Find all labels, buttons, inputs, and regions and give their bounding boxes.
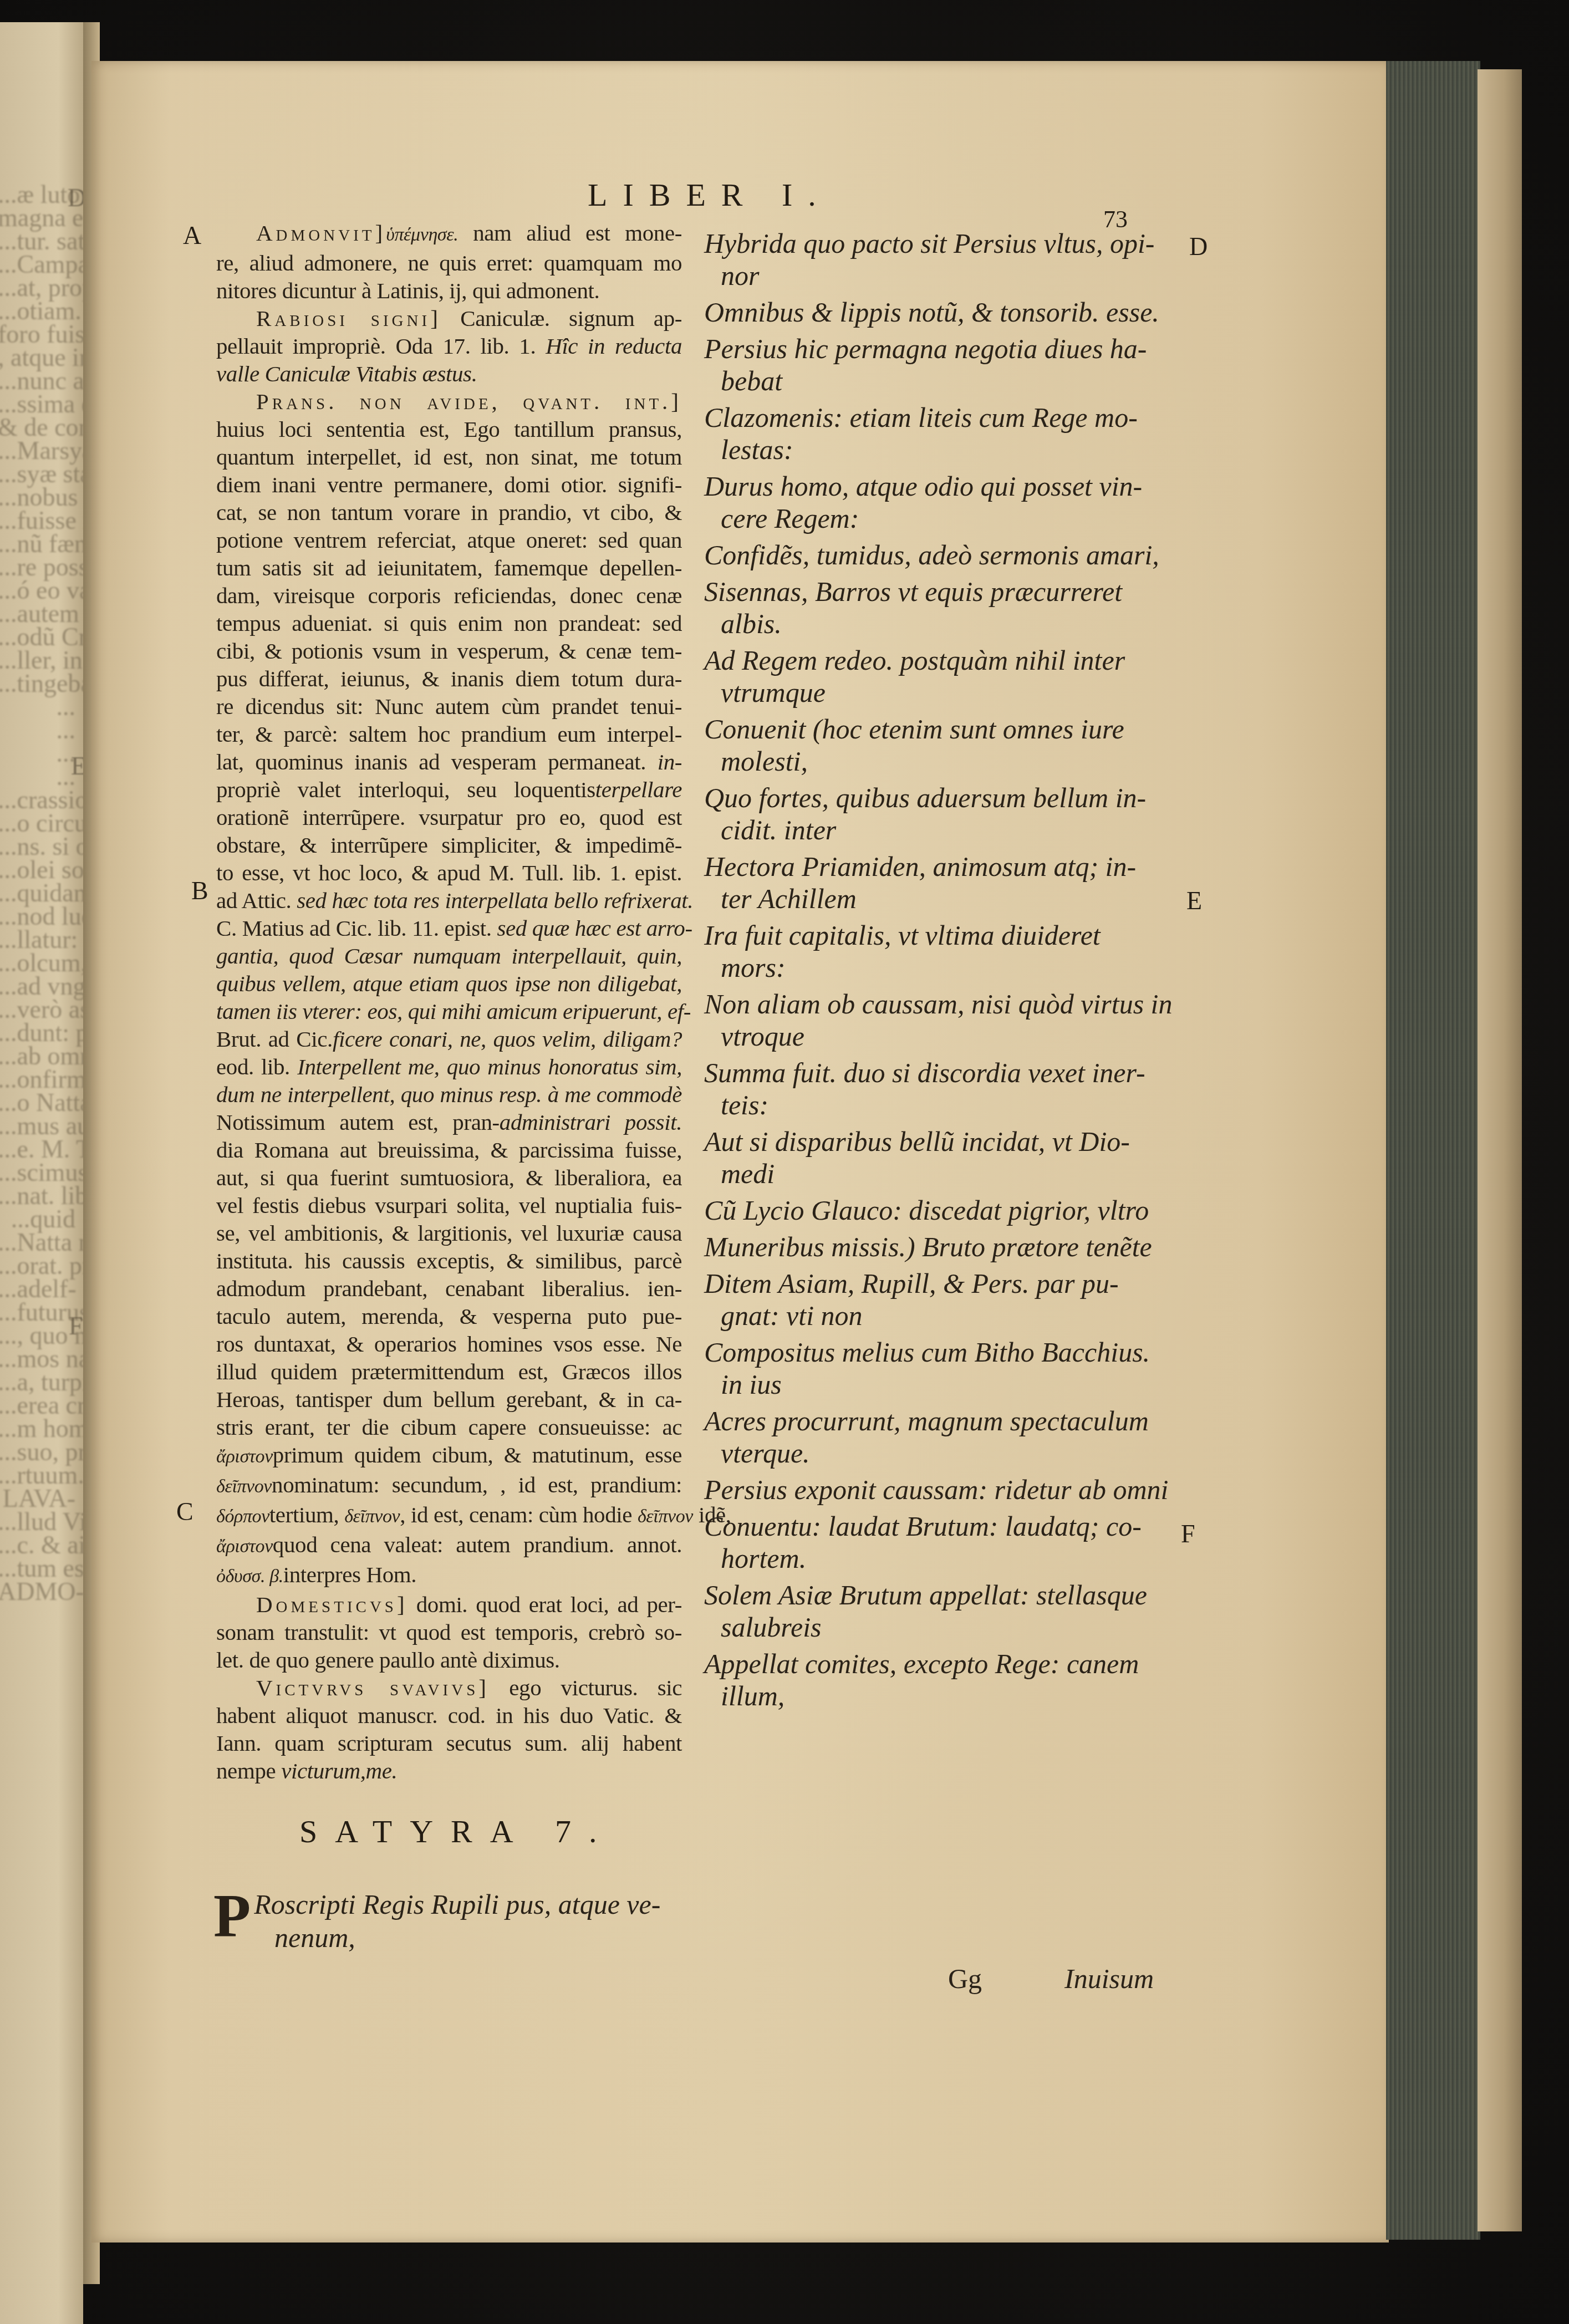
left-page-fragment-line: ...c. & ait à <box>0 1533 75 1557</box>
left-page-fragment-line: ...orat. pro <box>0 1254 75 1277</box>
verse-turnover: molesti, <box>704 745 1181 777</box>
left-page-fragment-line: ...a, turpis <box>0 1370 75 1394</box>
lemma: Domesticvs] <box>256 1592 408 1617</box>
commentary-line: dia Romana aut breuissima, & parcissima … <box>216 1136 682 1164</box>
commentary-text: cat, se non tantum vorare in prandio, vt… <box>216 500 682 525</box>
commentary-text: interpres Hom. <box>283 1562 416 1587</box>
left-page-fragment-line: ...ab omni- <box>0 1044 75 1068</box>
lemma: Victvrvs svavivs] <box>256 1675 490 1700</box>
commentary-line: diem inani ventre permanere, domi otior.… <box>216 471 682 498</box>
greek-word: ὀδυσσ. β. <box>216 1566 283 1587</box>
left-page-fragment-line: ...llatur: tan- <box>0 928 75 951</box>
verse-line: Hectora Priamiden, animosum atq; in-ter … <box>704 850 1181 915</box>
verse-turnover: bebat <box>704 365 1181 397</box>
left-page-fragment-line: ...dunt: pri- <box>0 1021 75 1044</box>
commentary-line: cat, se non tantum vorare in prandio, vt… <box>216 498 682 526</box>
left-page-fragment-line: , atque in- <box>0 346 75 369</box>
commentary-text: pus differat, ieiunus, & inanis diem tot… <box>216 666 682 691</box>
commentary-text: se, vel ambitionis, & largitionis, vel l… <box>216 1220 682 1246</box>
verse-text: Muneribus missis.) Bruto prætore tenẽte <box>704 1231 1181 1263</box>
left-page-fragment-line: ...æ luto & <box>0 183 75 206</box>
verse-text: Non aliam ob caussam, nisi quòd virtus i… <box>704 988 1181 1020</box>
left-page-fragment-line: ...o circumi- <box>0 812 75 835</box>
left-page-fragment-line: ...otiam. <box>0 299 75 323</box>
verse-line: Sisennas, Barros vt equis præcurreretalb… <box>704 575 1181 640</box>
commentary-line: illud quidem prætermittendum est, Græcos… <box>216 1358 682 1385</box>
commentary-text: dia Romana aut breuissima, & parcissima … <box>216 1137 682 1163</box>
commentary-text: quod cena valeat: <box>273 1532 456 1557</box>
left-page-fragment-line: ... <box>0 765 75 788</box>
verse-text: Conuentu: laudat Brutum: laudatq; co- <box>704 1510 1181 1542</box>
left-page-fragment-line: ...llud Vir- <box>0 1510 75 1533</box>
verse-turnover: albis. <box>704 608 1181 640</box>
left-page-fragment-line: ...odũ Crates <box>0 625 75 649</box>
commentary-line: ὀδυσσ. β.interpres Hom. <box>216 1561 682 1591</box>
commentary-line: instituta. his caussis exceptis, & simil… <box>216 1247 682 1275</box>
commentary-line: nitores dicuntur à Latinis, ij, qui admo… <box>216 277 682 304</box>
commentary-text: Caniculæ. signum ap- <box>441 305 682 331</box>
commentary-line: se, vel ambitionis, & largitionis, vel l… <box>216 1219 682 1247</box>
left-page-text-fragments: ...æ luto &magna est...tur. saty. 5....C… <box>0 183 75 1603</box>
margin-letter-d: D <box>1189 232 1208 261</box>
commentary-line: aut, si qua fuerint sumtuosiora, & liber… <box>216 1164 682 1191</box>
commentary-text: ter, & parcè: saltem hoc prandium eum in… <box>216 721 682 747</box>
verse-line: Compositus melius cum Bitho Bacchius.in … <box>704 1336 1181 1400</box>
commentary-line: Domesticvs] domi. quod erat loci, ad per… <box>216 1591 682 1618</box>
left-page-fragment-line: ... <box>0 718 75 742</box>
verse-turnover: cidit. inter <box>704 814 1181 846</box>
verse-turnover: illum, <box>704 1680 1181 1712</box>
commentary-text: orationẽ interrũpere. vsurpatur pro eo, … <box>216 804 682 830</box>
verse-line: Conuentu: laudat Brutum: laudatq; co-hor… <box>704 1510 1181 1574</box>
commentary-line: pus differat, ieiunus, & inanis diem tot… <box>216 665 682 692</box>
left-page-fragment-line: ...mus autem <box>0 1114 75 1138</box>
quotation-italic: sed quæ hæc est arro- <box>497 915 692 941</box>
verse-turnover: in ius <box>704 1368 1181 1400</box>
verse-text: Acres procurrunt, magnum spectaculum <box>704 1405 1181 1437</box>
binding-cover-edge <box>1478 69 1522 2231</box>
commentary-text: vel festis diebus vsurpari solita, vel n… <box>216 1192 682 1218</box>
verse-text: Solem Asiæ Brutum appellat: stellasque <box>704 1579 1181 1611</box>
left-margin-letter-d: D <box>68 183 83 212</box>
commentary-line: ros duntaxat, & operarios homines vsos e… <box>216 1330 682 1358</box>
left-page-fragment-line: ...fuisse im- <box>0 509 75 532</box>
commentary-text: taculo autem, merenda, & vesperna puto p… <box>216 1303 682 1329</box>
commentary-text: nempe <box>216 1758 281 1783</box>
commentary-text: tertium, <box>269 1502 344 1527</box>
commentary-text: ad Attic. <box>216 888 297 913</box>
commentary-text: huius loci sententia est, Ego tantillum … <box>216 416 682 442</box>
verse-line: Confidẽs, tumidus, adeò sermonis amari, <box>704 539 1181 571</box>
left-page-fragment-line: ... <box>0 695 75 718</box>
verse-line: Muneribus missis.) Bruto prætore tenẽte <box>704 1231 1181 1263</box>
left-page-fragment-line: ...autem ille <box>0 602 75 625</box>
left-page-fragment-line: ...m homi- <box>0 1417 75 1440</box>
verse-turnover: lestas: <box>704 434 1181 466</box>
quotation-italic: victurum, <box>281 1758 365 1783</box>
commentary-line: Prans. non avide, qvant. int.] <box>216 388 682 415</box>
commentary-text: propriè valet interloqui, seu loquentis <box>216 777 595 802</box>
commentary-text: illud quidem prætermittendum est, Græcos… <box>216 1359 682 1384</box>
left-page-fragment-line: ..., quo mi- <box>0 1324 75 1347</box>
commentary-line: dum ne interpellent, quo minus resp. à m… <box>216 1081 682 1108</box>
verse-turnover: teis: <box>704 1089 1181 1121</box>
commentary-text: nam aliud est mone- <box>458 220 682 246</box>
commentary-text: esse <box>645 1442 682 1467</box>
commentary-line: ἄριστονprimum quidem cibum, & matutinum,… <box>216 1441 682 1471</box>
commentary-text: Notissimum autem est, pran- <box>216 1109 500 1135</box>
verse-line: Ad Regem redeo. postquàm nihil intervtru… <box>704 644 1181 709</box>
quotation-italic: dum ne interpellent, quo minus resp. à m… <box>216 1082 682 1107</box>
commentary-column: Admonvit]ὑπέμνησε. nam aliud est mone-re… <box>216 219 682 1785</box>
quotation-italic: terpellare <box>595 777 682 802</box>
commentary-text: ego victurus. sic <box>490 1675 682 1700</box>
quotation-italic: me. <box>366 1758 398 1783</box>
commentary-line: quantum interpellet, id est, non sinat, … <box>216 443 682 471</box>
quotation-italic: Hîc in reducta <box>546 333 682 359</box>
left-page-fragment-line: ...scimus lit- <box>0 1161 75 1184</box>
left-page-fragment-line: ...syæ statua <box>0 462 75 486</box>
commentary-text: stris erant, ter die cibum capere consue… <box>216 1414 682 1440</box>
verse-text: Persius hic permagna negotia diues ha- <box>704 333 1181 365</box>
left-page-fragment-line: magna est <box>0 206 75 230</box>
left-page-fragment-line: ...erea cre- <box>0 1394 75 1417</box>
commentary-text: domi. quod erat loci, ad per- <box>408 1592 682 1617</box>
left-page-fragment-line: ...futurus <box>0 1301 75 1324</box>
verse-line: Quo fortes, quibus aduersum bellum in-ci… <box>704 782 1181 846</box>
verse-text: Durus homo, atque odio qui posset vin- <box>704 470 1181 502</box>
commentary-line: dam, vireisque corporis reficiendas, don… <box>216 582 682 609</box>
verse-line: Ditem Asiam, Rupill, & Pers. par pu-gnat… <box>704 1267 1181 1332</box>
commentary-text: re, aliud admonere, ne quis erret: quamq… <box>216 250 682 276</box>
verse-text: Ira fuit capitalis, vt vltima diuideret <box>704 919 1181 951</box>
commentary-line: taculo autem, merenda, & vesperna puto p… <box>216 1302 682 1330</box>
commentary-line: eod. lib. Interpellent me, quo minus hon… <box>216 1053 682 1081</box>
commentary-text: , id est, prandium: <box>500 1472 682 1497</box>
commentary-line: re, aliud admonere, ne quis erret: quamq… <box>216 249 682 277</box>
commentary-line: let. de quo genere paullo antè diximus. <box>216 1646 682 1674</box>
verse-text: Confidẽs, tumidus, adeò sermonis amari, <box>704 539 1181 571</box>
margin-letter-c: C <box>176 1497 193 1526</box>
left-page-fragment-line: ...mos naf- <box>0 1347 75 1370</box>
left-page-fragment-line: ...tum est. <box>0 1557 75 1580</box>
left-page-fragment-line: ...e. M. Tull. <box>0 1138 75 1161</box>
left-page-fragment-line: ...verò ascen- <box>0 998 75 1021</box>
commentary-line: lat, quominus inanis ad vesperam permane… <box>216 748 682 776</box>
left-page-fragment-line: ...adelf- <box>0 1277 75 1301</box>
verse-turnover: nor <box>704 259 1181 292</box>
commentary-line: Brut. ad Cic.ficere conari, ne, quos vel… <box>216 1025 682 1053</box>
verse-line: Non aliam ob caussam, nisi quòd virtus i… <box>704 988 1181 1052</box>
verse-line: Persius exponit caussam: ridetur ab omni <box>704 1474 1181 1506</box>
commentary-text: dam, vireisque corporis reficiendas, don… <box>216 583 682 608</box>
left-margin-letter-f: F <box>69 1311 83 1341</box>
commentary-line: gantia, quod Cæsar numquam interpellauit… <box>216 942 682 970</box>
verse-turnover: mors: <box>704 951 1181 983</box>
commentary-text: pellauit impropriè. Oda 17. lib. 1. <box>216 333 546 359</box>
commentary-text: sonam transtulit: vt quod est temporis, … <box>216 1619 682 1645</box>
lemma: Admonvit] <box>256 220 386 246</box>
left-page-fragment-line: ... <box>0 742 75 765</box>
left-page-fragment-line: ...olei sordi- <box>0 858 75 881</box>
left-page-fragment-line: ...nod lucer- <box>0 905 75 928</box>
left-page-fragment-line: ...quidam ma <box>0 881 75 905</box>
left-page-fragment-line: ...nũ fænera- <box>0 532 75 555</box>
left-page-fragment-line: ...ller, in bal- <box>0 649 75 672</box>
left-page-fragment-line: ...Campa- <box>0 253 75 276</box>
quotation-italic: valle Caniculæ Vitabis æstus. <box>216 361 477 386</box>
commentary-line: re dicendus sit: Nunc autem cùm prandet … <box>216 692 682 720</box>
commentary-line: to esse, vt hoc loco, & apud M. Tull. li… <box>216 859 682 886</box>
commentary-line: quibus vellem, atque etiam quos ipse non… <box>216 970 682 997</box>
margin-letter-e: E <box>1186 886 1202 915</box>
verse-text: Quo fortes, quibus aduersum bellum in- <box>704 782 1181 814</box>
commentary-text: tempus adueniat. si quis enim non prande… <box>216 610 682 636</box>
commentary-line: vel festis diebus vsurpari solita, vel n… <box>216 1191 682 1219</box>
verse-turnover: salubreis <box>704 1611 1181 1643</box>
left-page-fragment-line: ADMO- <box>0 1580 75 1603</box>
commentary-line: Admonvit]ὑπέμνησε. nam aliud est mone- <box>216 219 682 249</box>
commentary-text: cibi, & potionis vsum in vesperum, & cen… <box>216 638 682 664</box>
left-page-fragment-line: foro fuisse <box>0 323 75 346</box>
left-page-fragment-line: ...ad vngen <box>0 975 75 998</box>
verse-turnover: vtroque <box>704 1020 1181 1052</box>
left-page-fragment-line: ...nobus No- <box>0 486 75 509</box>
verse-line: Solem Asiæ Brutum appellat: stellasquesa… <box>704 1579 1181 1643</box>
left-page-fragment-line: ...ssima est de <box>0 393 75 416</box>
verse-text: Clazomenis: etiam liteis cum Rege mo- <box>704 401 1181 434</box>
commentary-line: potione ventrem referciat, atque oneret:… <box>216 526 682 554</box>
verse-text: Appellat comites, excepto Rege: canem <box>704 1648 1181 1680</box>
quotation-italic: in- <box>658 749 682 774</box>
left-page-fragment-line: ...Marsya, <box>0 439 75 462</box>
commentary-text: eod. lib. <box>216 1054 297 1079</box>
verse-text: Hybrida quo pacto sit Persius vltus, opi… <box>704 227 1181 259</box>
commentary-text: quantum interpellet, id est, non sinat, … <box>216 444 682 470</box>
verse-text: Persius exponit caussam: ridetur ab omni <box>704 1474 1181 1506</box>
greek-word: δεῖπνον <box>344 1506 400 1527</box>
commentary-text: let. de quo genere paullo antè diximus. <box>216 1647 560 1673</box>
commentary-text: to esse, vt hoc loco, & apud M. Tull. li… <box>216 860 682 885</box>
commentary-line: cibi, & potionis vsum in vesperum, & cen… <box>216 637 682 665</box>
verse-text: Sisennas, Barros vt equis præcurreret <box>704 575 1181 608</box>
verse-text: Conuenit (hoc etenim sunt omnes iure <box>704 713 1181 745</box>
commentary-line: Heroas, tantisper dum bellum gerebant, &… <box>216 1385 682 1413</box>
commentary-line: tempus adueniat. si quis enim non prande… <box>216 609 682 637</box>
commentary-line: admodum prandebant, cenabant liberalius.… <box>216 1275 682 1302</box>
quotation-italic: gantia, quod Cæsar numquam interpellauit… <box>216 943 682 969</box>
commentary-line: ter, & parcè: saltem hoc prandium eum in… <box>216 720 682 748</box>
commentary-line: Victvrvs svavivs] ego victurus. sic <box>216 1674 682 1701</box>
left-margin-letter-e: E <box>71 751 83 781</box>
commentary-line: huius loci sententia est, Ego tantillum … <box>216 415 682 443</box>
verse-text: Cũ Lycio Glauco: discedat pigrior, vltro <box>704 1194 1181 1226</box>
margin-letter-a: A <box>183 221 201 250</box>
commentary-line: propriè valet interloqui, seu loquentist… <box>216 776 682 803</box>
verse-line: Conuenit (hoc etenim sunt omnes iuremole… <box>704 713 1181 777</box>
commentary-text: aut, si qua fuerint sumtuosiora, & liber… <box>216 1165 682 1190</box>
commentary-text: tum satis sit ad ieiunitatem, famemque d… <box>216 555 682 580</box>
commentary-text: potione ventrem referciat, atque oneret:… <box>216 527 682 553</box>
left-page-fragment-line: ...rtuum. <box>0 1464 75 1487</box>
margin-letter-b: B <box>191 876 208 905</box>
commentary-line: ad Attic. sed hæc tota res interpellata … <box>216 886 682 914</box>
commentary-text: primum quidem cibum, & matutinum, <box>273 1442 645 1467</box>
lemma: Prans. non avide, qvant. int.] <box>256 389 682 414</box>
verse-text: Ad Regem redeo. postquàm nihil inter <box>704 644 1181 676</box>
verse-text: Omnibus & lippis notũ, & tonsorib. esse. <box>704 296 1181 328</box>
commentary-text: admodum prandebant, cenabant liberalius.… <box>216 1276 682 1301</box>
left-page-fragment-line: LAVA- <box>0 1487 75 1510</box>
commentary-text: nitores dicuntur à Latinis, ij, qui admo… <box>216 278 599 303</box>
greek-word: δεῖπνον <box>216 1476 272 1497</box>
commentary-line: obstare, & interrũpere simpliciter, & im… <box>216 831 682 859</box>
commentary-line: Notissimum autem est, pran-administrari … <box>216 1108 682 1136</box>
verse-turnover: medi <box>704 1158 1181 1190</box>
incipit-line-continuation: nenum, <box>213 1921 690 1954</box>
left-page-fragment-line: ...suo, pro- <box>0 1440 75 1464</box>
commentary-line: δόρπονtertium, δεῖπνον, id est, cenam: c… <box>216 1501 682 1531</box>
left-page-fragment-line: & de con- <box>0 416 75 439</box>
commentary-text: habent aliquot manuscr. cod. in his duo … <box>216 1703 682 1728</box>
satire-heading: SATYRA 7. <box>299 1813 614 1850</box>
left-page-fragment-line: ...tingebatur. <box>0 672 75 695</box>
drop-capital: P <box>213 1888 251 1943</box>
left-facing-page: ...æ luto &magna est...tur. saty. 5....C… <box>0 22 83 2324</box>
verse-turnover: vtrumque <box>704 676 1181 709</box>
verse-line: Appellat comites, excepto Rege: canemill… <box>704 1648 1181 1712</box>
verse-line: Omnibus & lippis notũ, & tonsorib. esse. <box>704 296 1181 328</box>
commentary-text: diem inani ventre permanere, domi otior.… <box>216 472 682 497</box>
commentary-line: ἄριστονquod cena valeat: autem prandium.… <box>216 1531 682 1561</box>
left-page-fragment-line: ...ns. si opus <box>0 835 75 858</box>
left-page-fragment-line: ...quid <box>0 1207 75 1231</box>
commentary-line: pellauit impropriè. Oda 17. lib. 1. Hîc … <box>216 332 682 360</box>
left-page-fragment-line: ...onfirmati: <box>0 1068 75 1091</box>
commentary-text: Brut. ad Cic. <box>216 1026 333 1052</box>
left-page-fragment-line: ...re possent. <box>0 555 75 579</box>
commentary-text: instituta. his caussis exceptis, & simil… <box>216 1248 682 1273</box>
verse-turnover: vterque. <box>704 1437 1181 1469</box>
commentary-text: re dicendus sit: Nunc autem cùm prandet … <box>216 694 682 719</box>
commentary-text: Iann. quam scripturam secutus sum. alij … <box>216 1730 682 1756</box>
commentary-text: ros duntaxat, & operarios homines vsos e… <box>216 1331 682 1357</box>
verse-line: Acres procurrunt, magnum spectaculumvter… <box>704 1405 1181 1469</box>
incipit-line: Roscripti Regis Rupili pus, atque ve- <box>213 1888 690 1921</box>
commentary-text: lat, quominus inanis ad vesperam permane… <box>216 749 658 774</box>
page-fore-edge <box>1386 61 1480 2240</box>
left-page-fragment-line: ...crassiorem <box>0 788 75 812</box>
verse-line: Summa fuit. duo si discordia vexet iner-… <box>704 1057 1181 1121</box>
quotation-italic: administrari possit. <box>500 1109 682 1135</box>
verse-column: Hybrida quo pacto sit Persius vltus, opi… <box>704 227 1181 1716</box>
commentary-line: valle Caniculæ Vitabis æstus. <box>216 360 682 388</box>
verse-text: Aut si disparibus bellũ incidat, vt Dio- <box>704 1125 1181 1158</box>
left-page-fragment-line: ...Natta no- <box>0 1231 75 1254</box>
left-page-fragment-line: ...tur. saty. 5. <box>0 230 75 253</box>
lemma: Rabiosi signi] <box>256 305 441 331</box>
greek-word: ὑπέμνησε. <box>386 225 458 245</box>
commentary-line: nempe victurum,me. <box>216 1757 682 1785</box>
signature-mark: Gg <box>948 1963 982 1995</box>
quotation-italic: sed hæc tota res interpellata bello refr… <box>297 888 693 913</box>
satire-incipit: P Roscripti Regis Rupili pus, atque ve- … <box>213 1888 690 1954</box>
commentary-text: autem prandium. annot. <box>456 1532 682 1557</box>
left-page-fragment-line: ...nunc autem <box>0 369 75 393</box>
commentary-line: stris erant, ter die cibum capere consue… <box>216 1413 682 1441</box>
commentary-line: tum satis sit ad ieiunitatem, famemque d… <box>216 554 682 582</box>
verse-line: Cũ Lycio Glauco: discedat pigrior, vltro <box>704 1194 1181 1226</box>
verse-turnover: cere Regem: <box>704 502 1181 534</box>
quotation-italic: Interpellent me, quo minus honoratus sim… <box>297 1054 682 1079</box>
verse-line: Ira fuit capitalis, vt vltima diuideretm… <box>704 919 1181 983</box>
commentary-line: orationẽ interrũpere. vsurpatur pro eo, … <box>216 803 682 831</box>
running-head: LIBER I. <box>588 176 832 213</box>
verse-text: Ditem Asiam, Rupill, & Pers. par pu- <box>704 1267 1181 1299</box>
left-page-fragment-line: ...olcum, in- <box>0 951 75 975</box>
commentary-line: tamen iis vterer: eos, qui mihi amicum e… <box>216 997 682 1025</box>
greek-word: δεῖπνον <box>638 1506 693 1527</box>
verse-line: Aut si disparibus bellũ incidat, vt Dio-… <box>704 1125 1181 1190</box>
verse-turnover: gnat: vti non <box>704 1299 1181 1332</box>
quotation-italic: tamen iis vterer: eos, qui mihi amicum e… <box>216 998 691 1024</box>
left-page-fragment-line: ...at, propter <box>0 276 75 299</box>
margin-letter-f: F <box>1181 1519 1195 1548</box>
verse-text: Summa fuit. duo si discordia vexet iner- <box>704 1057 1181 1089</box>
commentary-line: Rabiosi signi] Caniculæ. signum ap- <box>216 304 682 332</box>
left-page-fragment-line: ...ó eo vagor <box>0 579 75 602</box>
commentary-text: Heroas, tantisper dum bellum gerebant, &… <box>216 1387 682 1412</box>
greek-word: δόρπον <box>216 1506 269 1527</box>
commentary-line: C. Matius ad Cic. lib. 11. epist. sed qu… <box>216 914 682 942</box>
verse-line: Durus homo, atque odio qui posset vin-ce… <box>704 470 1181 534</box>
commentary-text: obstare, & interrũpere simpliciter, & im… <box>216 832 682 858</box>
left-page-fragment-line: ...o Nattam <box>0 1091 75 1114</box>
quotation-italic: ficere conari, ne, quos velim, diligam? <box>333 1026 682 1052</box>
verse-text: Compositus melius cum Bitho Bacchius. <box>704 1336 1181 1368</box>
verse-turnover: ter Achillem <box>704 883 1181 915</box>
verse-turnover: hortem. <box>704 1542 1181 1574</box>
commentary-text: C. Matius ad Cic. lib. 11. epist. <box>216 915 497 941</box>
verse-line: Persius hic permagna negotia diues ha-be… <box>704 333 1181 397</box>
greek-word: ἄριστον <box>216 1446 273 1467</box>
greek-word: ἄριστον <box>216 1536 273 1557</box>
verse-text: Hectora Priamiden, animosum atq; in- <box>704 850 1181 883</box>
verse-line: Clazomenis: etiam liteis cum Rege mo-les… <box>704 401 1181 466</box>
quotation-italic: quibus vellem, atque etiam quos ipse non… <box>216 971 682 996</box>
commentary-line: sonam transtulit: vt quod est temporis, … <box>216 1618 682 1646</box>
commentary-text: nominatum: secundum, <box>272 1472 500 1497</box>
verse-line: Hybrida quo pacto sit Persius vltus, opi… <box>704 227 1181 292</box>
commentary-line: δεῖπνονnominatum: secundum, , id est, pr… <box>216 1471 682 1501</box>
catchword: Inuisum <box>1064 1963 1154 1995</box>
commentary-text: , id est, cenam: cùm hodie <box>400 1502 638 1527</box>
left-page-fragment-line: ...nat. lib. 2. <box>0 1184 75 1207</box>
commentary-line: habent aliquot manuscr. cod. in his duo … <box>216 1701 682 1729</box>
commentary-line: Iann. quam scripturam secutus sum. alij … <box>216 1729 682 1757</box>
